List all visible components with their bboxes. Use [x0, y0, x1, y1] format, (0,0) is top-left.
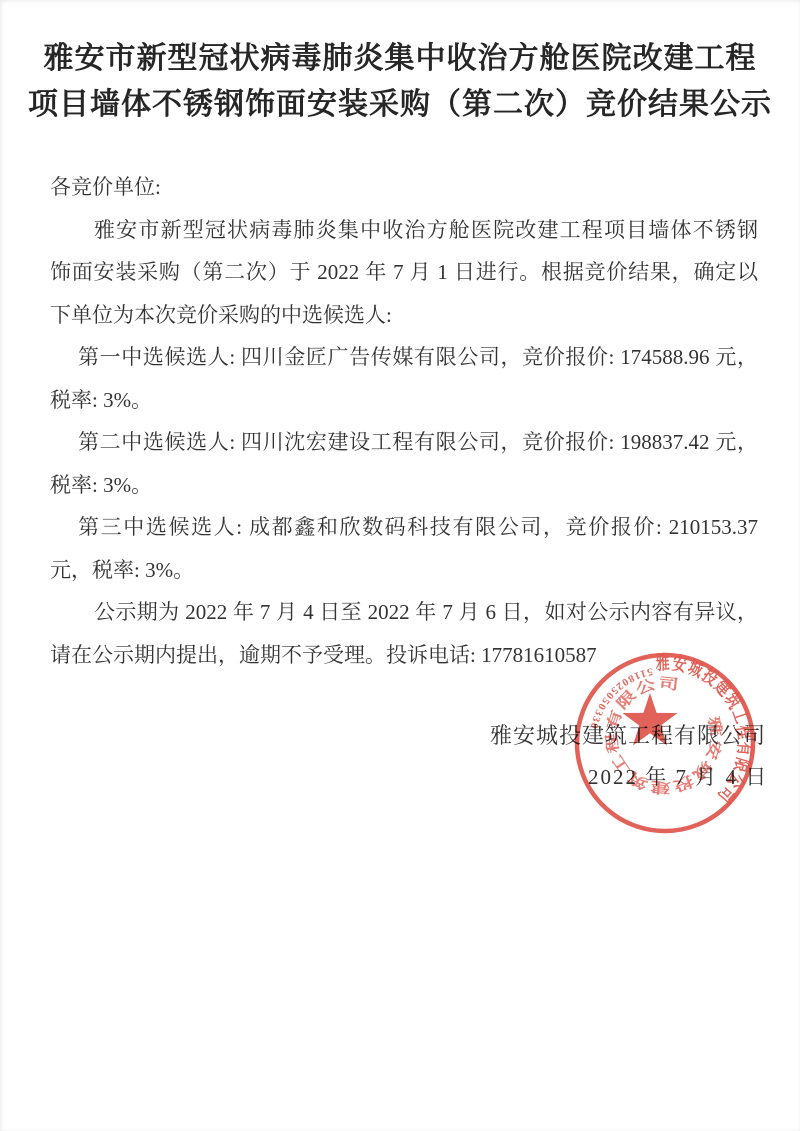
document-title: 雅安市新型冠状病毒肺炎集中收治方舱医院改建工程 项目墙体不锈钢饰面安装采购（第二…: [0, 36, 800, 128]
body-line: 第一中选候选人: 四川金匠广告传媒有限公司，竞价报价: 174588.96 元，: [50, 336, 758, 379]
document-body: 各竞价单位:雅安市新型冠状病毒肺炎集中收治方舱医院改建工程项目墙体不锈钢饰面安装…: [50, 166, 758, 676]
body-line: 税率: 3%。: [50, 379, 758, 422]
body-line: 第三中选候选人: 成都鑫和欣数码科技有限公司，竞价报价: 210153.37: [50, 506, 758, 549]
body-line: 下单位为本次竞价采购的中选候选人:: [50, 294, 758, 337]
document-title-line-2: 项目墙体不锈钢饰面安装采购（第二次）竞价结果公示: [0, 82, 800, 128]
document-title-line-1: 雅安市新型冠状病毒肺炎集中收治方舱医院改建工程: [0, 36, 800, 82]
signature-company: 雅安城投建筑工程有限公司: [490, 719, 766, 750]
body-line: 饰面安装采购（第二次）于 2022 年 7 月 1 日进行。根据竞价结果，确定以: [50, 251, 758, 294]
body-line: 公示期为 2022 年 7 月 4 日至 2022 年 7 月 6 日，如对公示…: [50, 591, 758, 634]
body-line: 请在公示期内提出，逾期不予受理。投诉电话: 17781610587: [50, 634, 758, 677]
body-line: 雅安市新型冠状病毒肺炎集中收治方舱医院改建工程项目墙体不锈钢: [50, 209, 758, 252]
body-line: 税率: 3%。: [50, 464, 758, 507]
document-page: 雅安市新型冠状病毒肺炎集中收治方舱医院改建工程 项目墙体不锈钢饰面安装采购（第二…: [0, 0, 800, 1131]
signature-date: 2022 年 7 月 4 日: [588, 761, 768, 791]
body-line: 各竞价单位:: [50, 166, 758, 209]
body-line: 元，税率: 3%。: [50, 549, 758, 592]
body-line: 第二中选候选人: 四川沈宏建设工程有限公司，竞价报价: 198837.42 元，: [50, 421, 758, 464]
